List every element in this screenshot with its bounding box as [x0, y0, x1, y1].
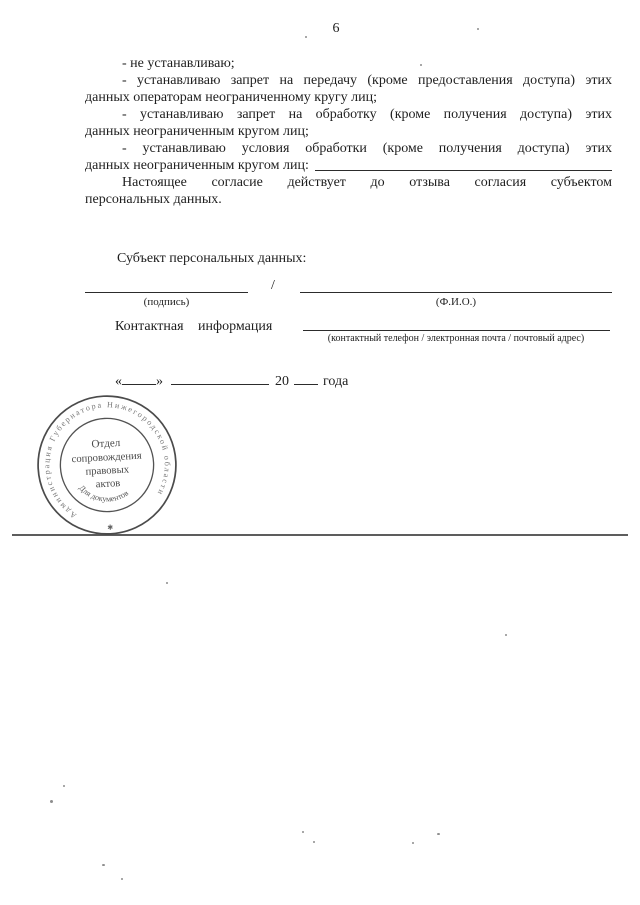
page-number: 6 [0, 21, 640, 37]
signature-blank-line [85, 278, 248, 293]
contact-caption: (контактный телефон / электронная почта … [298, 333, 614, 344]
consent-line: - устанавливаю запрет на обработку (кром… [85, 106, 612, 123]
consent-line: Настоящее согласие действует до отзыва с… [85, 174, 612, 191]
open-quote: « [115, 374, 122, 389]
fullname-caption: (Ф.И.О.) [300, 296, 612, 308]
subject-label: Субъект персональных данных: [117, 251, 306, 267]
stamp-center-line-4: актов [95, 478, 120, 490]
scan-speck [166, 582, 168, 584]
signature-caption: (подпись) [85, 296, 248, 308]
scan-speck [305, 36, 307, 38]
consent-line: - устанавливаю запрет на передачу (кроме… [85, 72, 612, 89]
day-blank-line [122, 371, 156, 385]
consent-line: - устанавливаю условия обработки (кроме … [85, 140, 612, 157]
scan-speck [121, 878, 123, 880]
consent-line: - не устанавливаю; [85, 55, 612, 72]
contact-blank-line [303, 316, 610, 331]
scan-speck [313, 841, 315, 843]
round-stamp: Администрация Губернатора Нижегородской … [27, 385, 187, 545]
consent-options-text: - не устанавливаю; - устанавливаю запрет… [85, 55, 612, 208]
stamp-seal-graphic: Администрация Губернатора Нижегородской … [27, 385, 187, 545]
scan-speck [437, 833, 440, 835]
scan-speck [477, 28, 479, 30]
contact-info-label: Контактная информация [115, 319, 272, 335]
stamp-center-line-3: правовых [85, 464, 130, 477]
month-blank-line [171, 371, 269, 385]
fullname-blank-line [300, 278, 612, 293]
document-page: 6 - не устанавливаю; - устанавливаю запр… [0, 0, 640, 905]
scan-speck [420, 64, 422, 66]
consent-line: персональных данных. [85, 191, 612, 208]
year-blank-line [294, 371, 318, 385]
scan-speck [63, 785, 65, 787]
year-century: 20 [275, 374, 289, 389]
scan-speck [102, 864, 105, 866]
consent-line: данных неограниченным кругом лиц: [85, 157, 309, 174]
consent-line: данных неограниченным кругом лиц; [85, 123, 612, 140]
scan-speck [505, 634, 507, 636]
horizontal-divider-line [12, 534, 628, 536]
scan-speck [412, 842, 414, 844]
consent-line-with-blank: данных неограниченным кругом лиц: [85, 157, 612, 174]
consent-line: данных операторам неограниченному кругу … [85, 89, 612, 106]
scan-speck [302, 831, 304, 833]
signature-separator: / [255, 278, 291, 294]
blank-field-line [315, 157, 612, 171]
stamp-center-line-1: Отдел [91, 437, 121, 451]
year-suffix: года [323, 374, 348, 389]
scan-speck [50, 800, 53, 803]
stamp-star-icon: ✱ [107, 524, 113, 532]
stamp-center-line-2: сопровождения [71, 451, 142, 466]
